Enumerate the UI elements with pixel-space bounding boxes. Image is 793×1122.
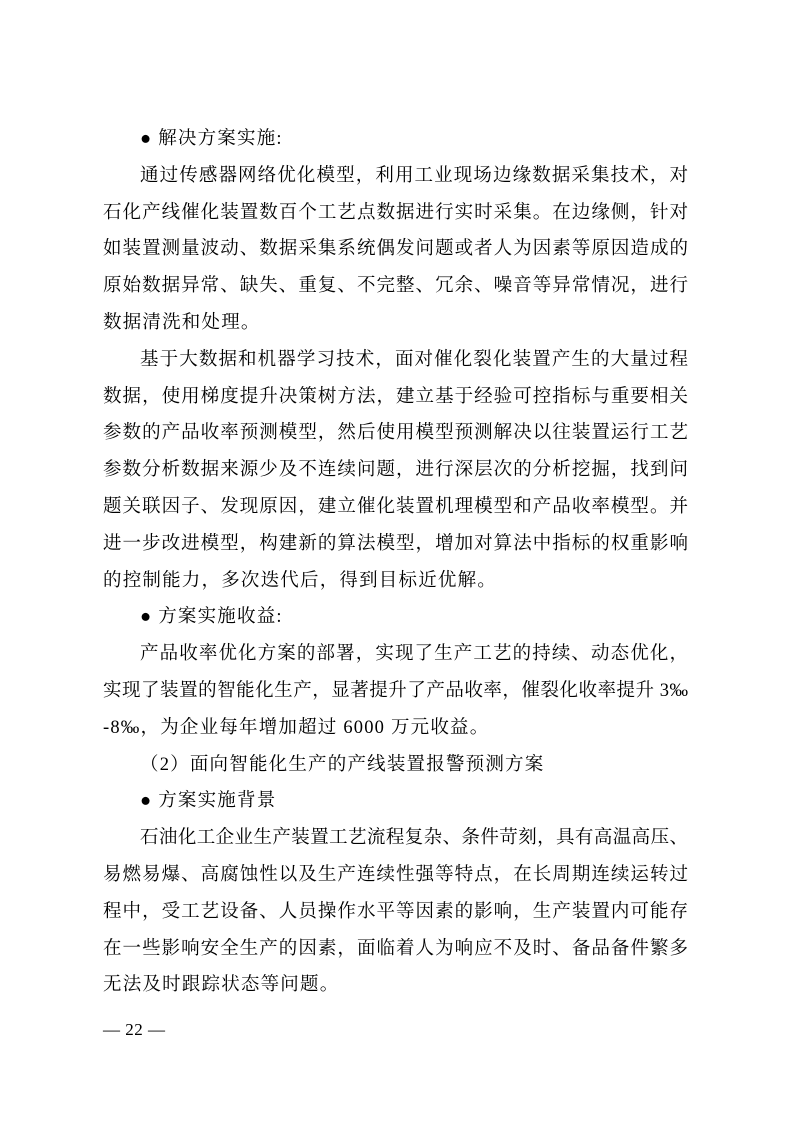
paragraph-line: 基于大数据和机器学习技术，面对催化裂化装置产生的大量过程 <box>103 342 688 379</box>
paragraph-line: 程中，受工艺设备、人员操作水平等因素的影响，生产装置内可能存 <box>103 894 688 931</box>
paragraph-line: 进一步改进模型，构建新的算法模型，增加对算法中指标的权重影响 <box>103 526 688 563</box>
paragraph-line: 题关联因子、发现原因，建立催化装置机理模型和产品收率模型。并 <box>103 489 688 526</box>
document-page: ● 解决方案实施: 通过传感器网络优化模型，利用工业现场边缘数据采集技术，对 石… <box>0 0 793 1122</box>
paragraph-line: 数据，使用梯度提升决策树方法，建立基于经验可控指标与重要相关 <box>103 379 688 416</box>
paragraph-line: 实现了装置的智能化生产，显著提升了产品收率，催裂化收率提升 3‰ <box>103 673 688 710</box>
paragraph-line: 易燃易爆、高腐蚀性以及生产连续性强等特点，在长周期连续运转过 <box>103 857 688 894</box>
paragraph-line: 产品收率优化方案的部署，实现了生产工艺的持续、动态优化， <box>103 636 688 673</box>
bullet-heading-solution-background: ● 方案实施背景 <box>103 783 688 820</box>
bullet-heading-solution-benefits: ● 方案实施收益: <box>103 599 688 636</box>
paragraph-line: 通过传感器网络优化模型，利用工业现场边缘数据采集技术，对 <box>103 158 688 195</box>
paragraph-line: 参数的产品收率预测模型，然后使用模型预测解决以往装置运行工艺 <box>103 415 688 452</box>
paragraph-line: 原始数据异常、缺失、重复、不完整、冗余、噪音等异常情况，进行 <box>103 268 688 305</box>
paragraph-line: 的控制能力，多次迭代后，得到目标近优解。 <box>103 563 688 600</box>
page-number: — 22 — <box>103 1018 166 1042</box>
page-body: ● 解决方案实施: 通过传感器网络优化模型，利用工业现场边缘数据采集技术，对 石… <box>103 121 688 1004</box>
paragraph-line: 石化产线催化装置数百个工艺点数据进行实时采集。在边缘侧，针对 <box>103 195 688 232</box>
paragraph-line: 如装置测量波动、数据采集系统偶发问题或者人为因素等原因造成的 <box>103 231 688 268</box>
paragraph-line: 在一些影响安全生产的因素，面临着人为响应不及时、备品备件繁多 <box>103 931 688 968</box>
paragraph-line: 数据清洗和处理。 <box>103 305 688 342</box>
bullet-heading-solution-implementation: ● 解决方案实施: <box>103 121 688 158</box>
paragraph-line: -8‰，为企业每年增加超过 6000 万元收益。 <box>103 710 688 747</box>
numbered-heading-alarm-prediction: （2）面向智能化生产的产线装置报警预测方案 <box>103 747 688 784</box>
paragraph-line: 无法及时跟踪状态等问题。 <box>103 967 688 1004</box>
paragraph-line: 参数分析数据来源少及不连续问题，进行深层次的分析挖掘，找到问 <box>103 452 688 489</box>
paragraph-line: 石油化工企业生产装置工艺流程复杂、条件苛刻，具有高温高压、 <box>103 820 688 857</box>
